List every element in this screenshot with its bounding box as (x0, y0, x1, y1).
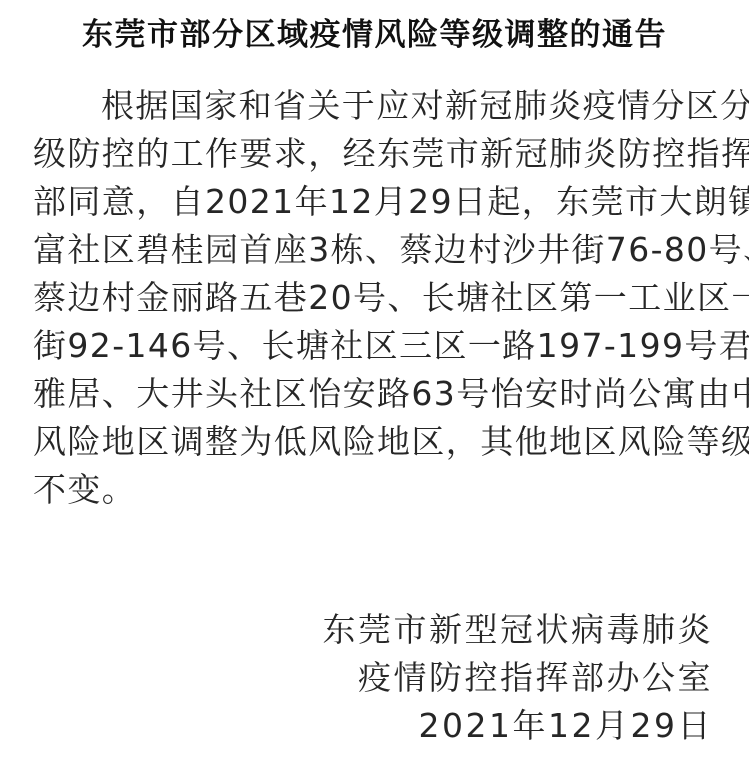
issue-date: 2021年12月29日 (323, 702, 714, 750)
body-line: 级防控的工作要求，经东莞市新冠肺炎防控指挥 (33, 130, 703, 178)
body-line: 街92-146号、长塘社区三区一路197-199号君安 (33, 322, 703, 370)
notice-title: 东莞市部分区域疫情风险等级调整的通告 (0, 14, 749, 56)
body-line: 不变。 (33, 466, 703, 514)
body-line: 蔡边村金丽路五巷20号、长塘社区第一工业区一 (33, 274, 703, 322)
notice-body: 根据国家和省关于应对新冠肺炎疫情分区分 级防控的工作要求，经东莞市新冠肺炎防控指… (33, 82, 703, 514)
body-line: 风险地区调整为低风险地区，其他地区风险等级 (33, 418, 703, 466)
body-line: 根据国家和省关于应对新冠肺炎疫情分区分 (33, 82, 703, 130)
body-line: 部同意，自2021年12月29日起，东莞市大朗镇长 (33, 178, 703, 226)
body-line: 雅居、大井头社区怡安路63号怡安时尚公寓由中 (33, 370, 703, 418)
issuer-line-2: 疫情防控指挥部办公室 (323, 654, 714, 702)
body-line: 富社区碧桂园首座3栋、蔡边村沙井街76-80号、 (33, 226, 703, 274)
signature-block: 东莞市新型冠状病毒肺炎 疫情防控指挥部办公室 2021年12月29日 (323, 606, 714, 750)
issuer-line-1: 东莞市新型冠状病毒肺炎 (323, 606, 714, 654)
